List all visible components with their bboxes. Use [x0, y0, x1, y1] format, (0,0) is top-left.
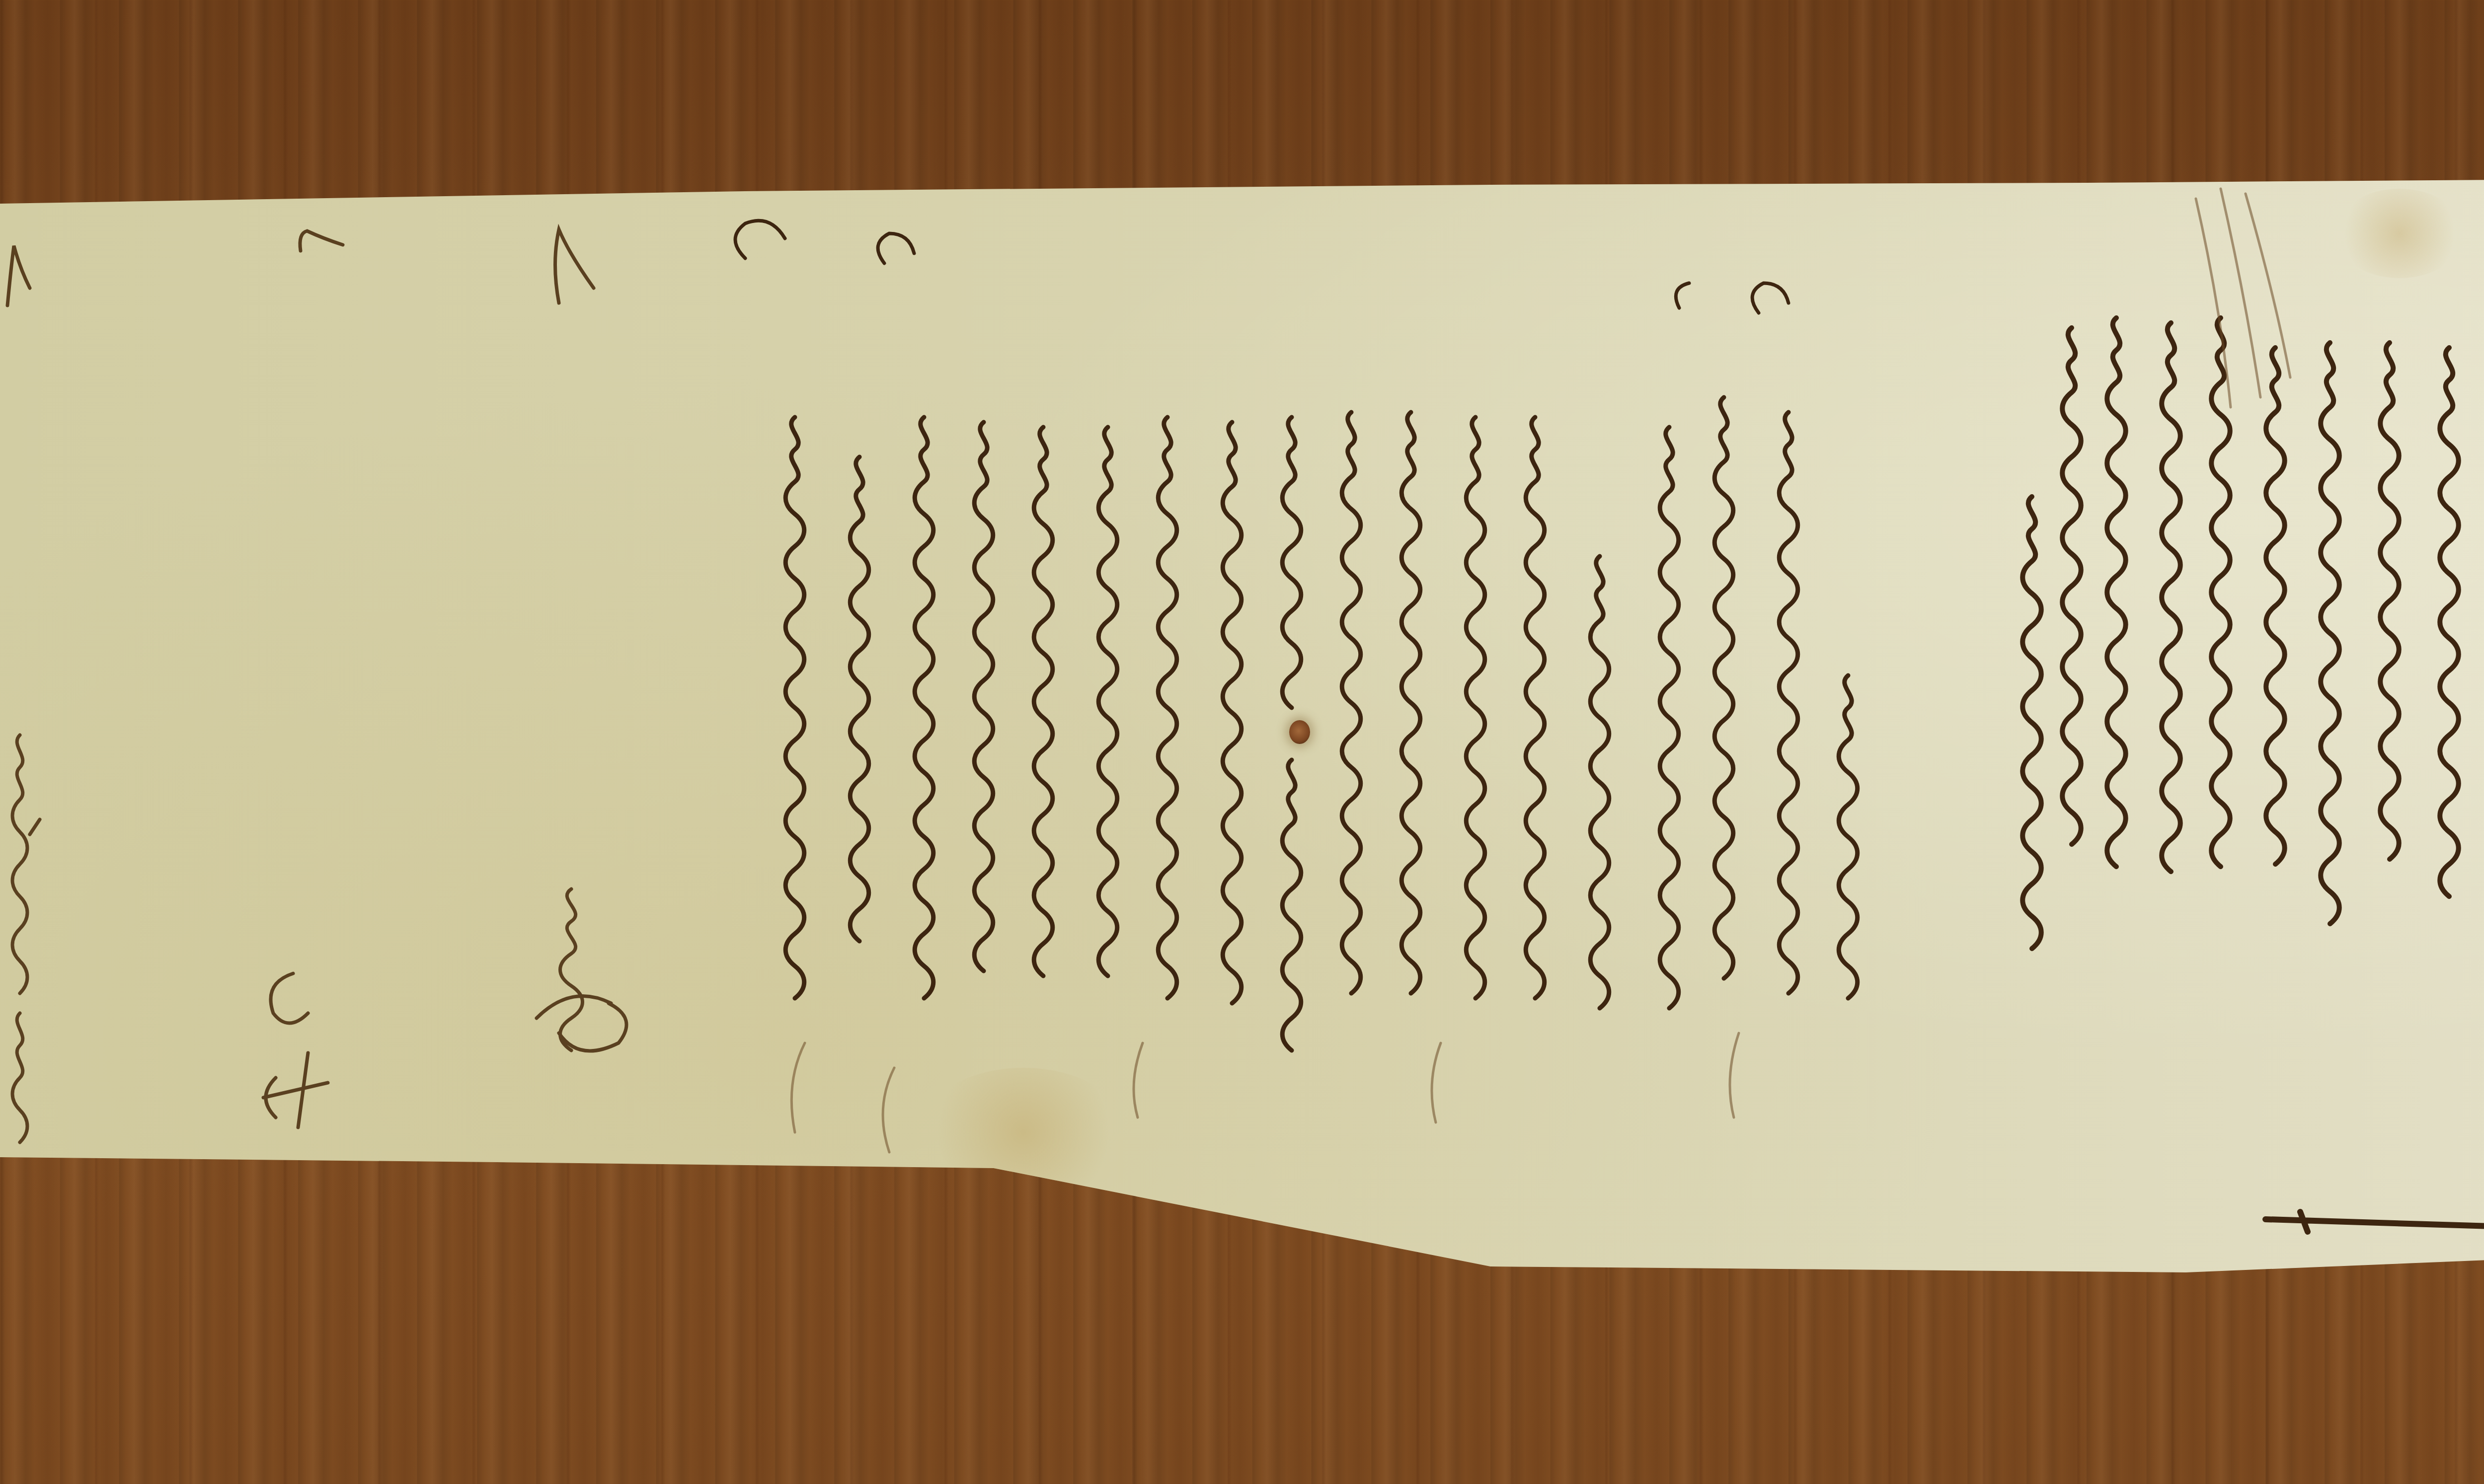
handwriting-layer: [0, 0, 2484, 1484]
tick-marks: [7, 229, 594, 305]
margin-annotations: [12, 735, 626, 1142]
text-block-1: [2022, 189, 2484, 1232]
margin-note-respondida: [12, 735, 40, 1142]
margin-note-fat: [263, 973, 328, 1127]
salutation: Señor: [0, 0, 0, 0]
text-block-2: [735, 221, 1858, 1152]
margin-note-fiat: [537, 889, 626, 1051]
